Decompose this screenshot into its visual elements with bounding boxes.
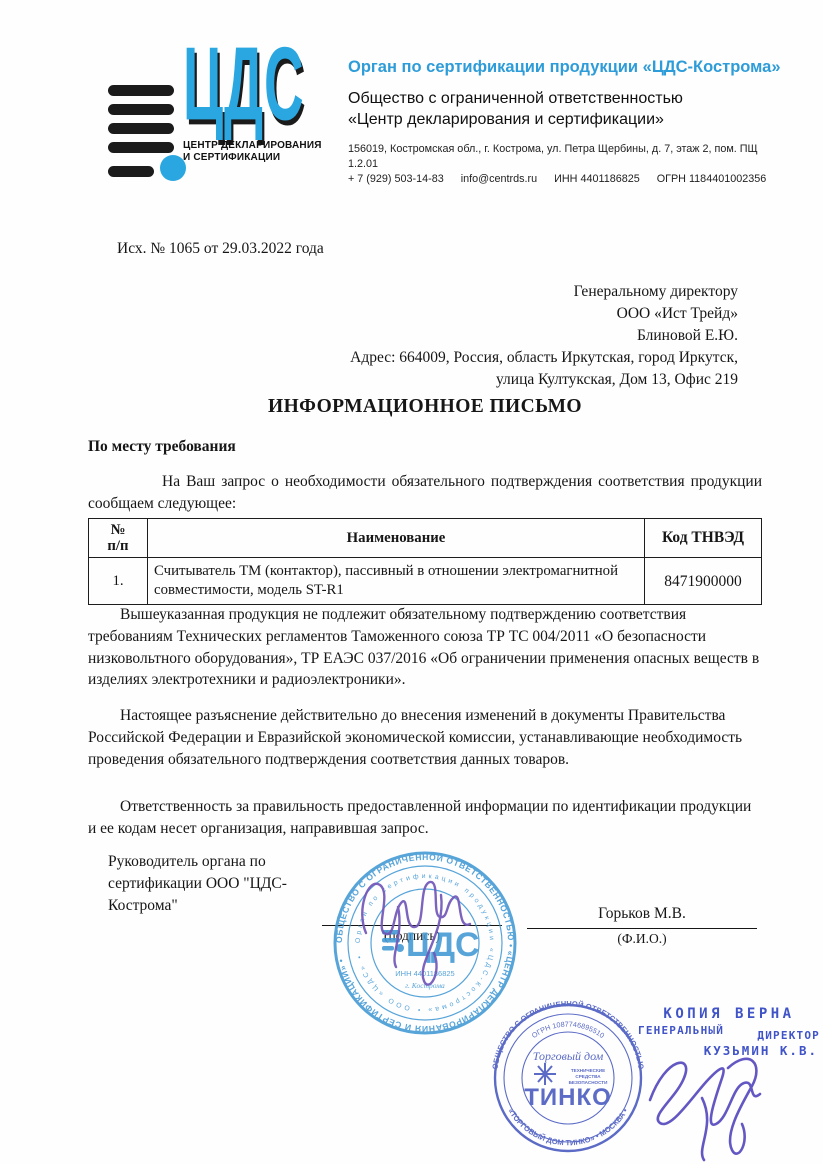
- table-header-row: № п/п Наименование Код ТНВЭД: [89, 519, 762, 558]
- paragraph-responsibility: Ответственность за правильность предоста…: [88, 796, 762, 840]
- logo-caption-line1: ЦЕНТР ДЕКЛАРИРОВАНИЯ: [183, 140, 322, 152]
- paragraph-intro: На Ваш запрос о необходимости обязательн…: [88, 471, 762, 515]
- tinko-stamp-name: ТИНКО: [524, 1084, 612, 1111]
- director-signature-ink: [338, 855, 528, 995]
- letter-page: ЦДС ЦЕНТР ДЕКЛАРИРОВАНИЯ И СЕРТИФИКАЦИИ …: [0, 0, 823, 1164]
- svg-text:ОГРН 1087746895510: ОГРН 1087746895510: [530, 1020, 606, 1040]
- signer-role-line1: Руководитель органа по: [108, 851, 287, 873]
- org-contacts: 156019, Костромская обл., г. Кострома, у…: [348, 142, 788, 187]
- org-certification-title: Орган по сертификации продукции «ЦДС-Кос…: [348, 58, 788, 77]
- letterhead-right: Орган по сертификации продукции «ЦДС-Кос…: [348, 58, 788, 187]
- org-name-line2: «Центр декларирования и сертификации»: [348, 109, 788, 130]
- outgoing-reference: Исх. № 1065 от 29.03.2022 года: [117, 240, 324, 258]
- cell-code: 8471900000: [645, 558, 762, 605]
- signer-role-line2: сертификации ООО "ЦДС-: [108, 873, 287, 895]
- tinko-stamp-bottom-ring-text: «ТОРГОВЫЙ ДОМ ТИНКО» • МОСКВА •: [506, 1107, 630, 1148]
- recipient-line: ООО «Ист Трейд»: [350, 303, 738, 325]
- header-num-line2: п/п: [95, 538, 141, 554]
- recipient-line: Генеральному директору: [350, 281, 738, 303]
- logo-caption-line2: И СЕРТИФИКАЦИИ: [183, 152, 322, 164]
- tinko-small-line1: ТЕХНИЧЕСКИЕ: [571, 1068, 605, 1073]
- org-email: info@centrds.ru: [461, 173, 537, 185]
- cell-name: Считыватель ТМ (контактор), пассивный в …: [148, 558, 645, 605]
- header-num: № п/п: [89, 519, 148, 558]
- signer-name: Горьков М.В.: [527, 905, 757, 923]
- recipient-line: улица Култукская, Дом 13, Офис 219: [350, 369, 738, 391]
- kuzmin-signature-ink: [632, 1038, 802, 1164]
- tinko-round-stamp: ОБЩЕСТВО С ОГРАНИЧЕННОЙ ОТВЕТСТВЕННОСТЬЮ…: [490, 1000, 646, 1156]
- recipient-block: Генеральному директору ООО «Ист Трейд» Б…: [350, 281, 738, 391]
- paragraph-conclusion: Вышеуказанная продукция не подлежит обяз…: [88, 604, 762, 691]
- header-name: Наименование: [148, 519, 645, 558]
- org-name: Общество с ограниченной ответственностью…: [348, 88, 788, 130]
- org-name-line1: Общество с ограниченной ответственностью: [348, 88, 788, 109]
- recipient-line: Адрес: 664009, Россия, область Иркутская…: [350, 347, 738, 369]
- name-line: [527, 928, 757, 929]
- signer-role-line3: Кострома": [108, 895, 287, 917]
- logo-acronym: ЦДС: [183, 32, 305, 136]
- svg-text:«ТОРГОВЫЙ ДОМ ТИНКО» • МОСКВА: «ТОРГОВЫЙ ДОМ ТИНКО» • МОСКВА •: [506, 1107, 630, 1148]
- org-phone: + 7 (929) 503-14-83: [348, 173, 444, 185]
- document-title: ИНФОРМАЦИОННОЕ ПИСЬМО: [88, 396, 762, 418]
- tinko-stamp-script-text: Торговый дом: [533, 1049, 604, 1063]
- tinko-stamp-ogrn-text: ОГРН 1087746895510: [530, 1020, 606, 1040]
- logo-bars-icon: [108, 85, 186, 181]
- tinko-small-line2: СРЕДСТВА: [575, 1074, 601, 1079]
- header-code: Код ТНВЭД: [645, 519, 762, 558]
- org-ogrn: ОГРН 1184401002356: [657, 173, 767, 185]
- product-table: № п/п Наименование Код ТНВЭД 1. Считыват…: [88, 518, 762, 605]
- recipient-line: Блиновой Е.Ю.: [350, 325, 738, 347]
- copy-stamp-line1: КОПИЯ ВЕРНА: [638, 1006, 820, 1022]
- org-contact-line: + 7 (929) 503-14-83 info@centrds.ru ИНН …: [348, 172, 788, 187]
- tinko-star-icon: [534, 1063, 556, 1085]
- org-inn: ИНН 4401186825: [554, 173, 640, 185]
- logo-caption: ЦЕНТР ДЕКЛАРИРОВАНИЯ И СЕРТИФИКАЦИИ: [183, 140, 322, 164]
- header-num-line1: №: [95, 522, 141, 538]
- paragraph-validity: Настоящее разъяснение действительно до в…: [88, 705, 762, 770]
- table-row: 1. Считыватель ТМ (контактор), пассивный…: [89, 558, 762, 605]
- org-address: 156019, Костромская обл., г. Кострома, у…: [348, 142, 788, 172]
- signer-role: Руководитель органа по сертификации ООО …: [108, 851, 287, 917]
- to-whom-label: По месту требования: [88, 438, 236, 456]
- cds-logo: ЦДС ЦЕНТР ДЕКЛАРИРОВАНИЯ И СЕРТИФИКАЦИИ: [108, 36, 343, 176]
- cell-num: 1.: [89, 558, 148, 605]
- name-caption: (Ф.И.О.): [527, 931, 757, 947]
